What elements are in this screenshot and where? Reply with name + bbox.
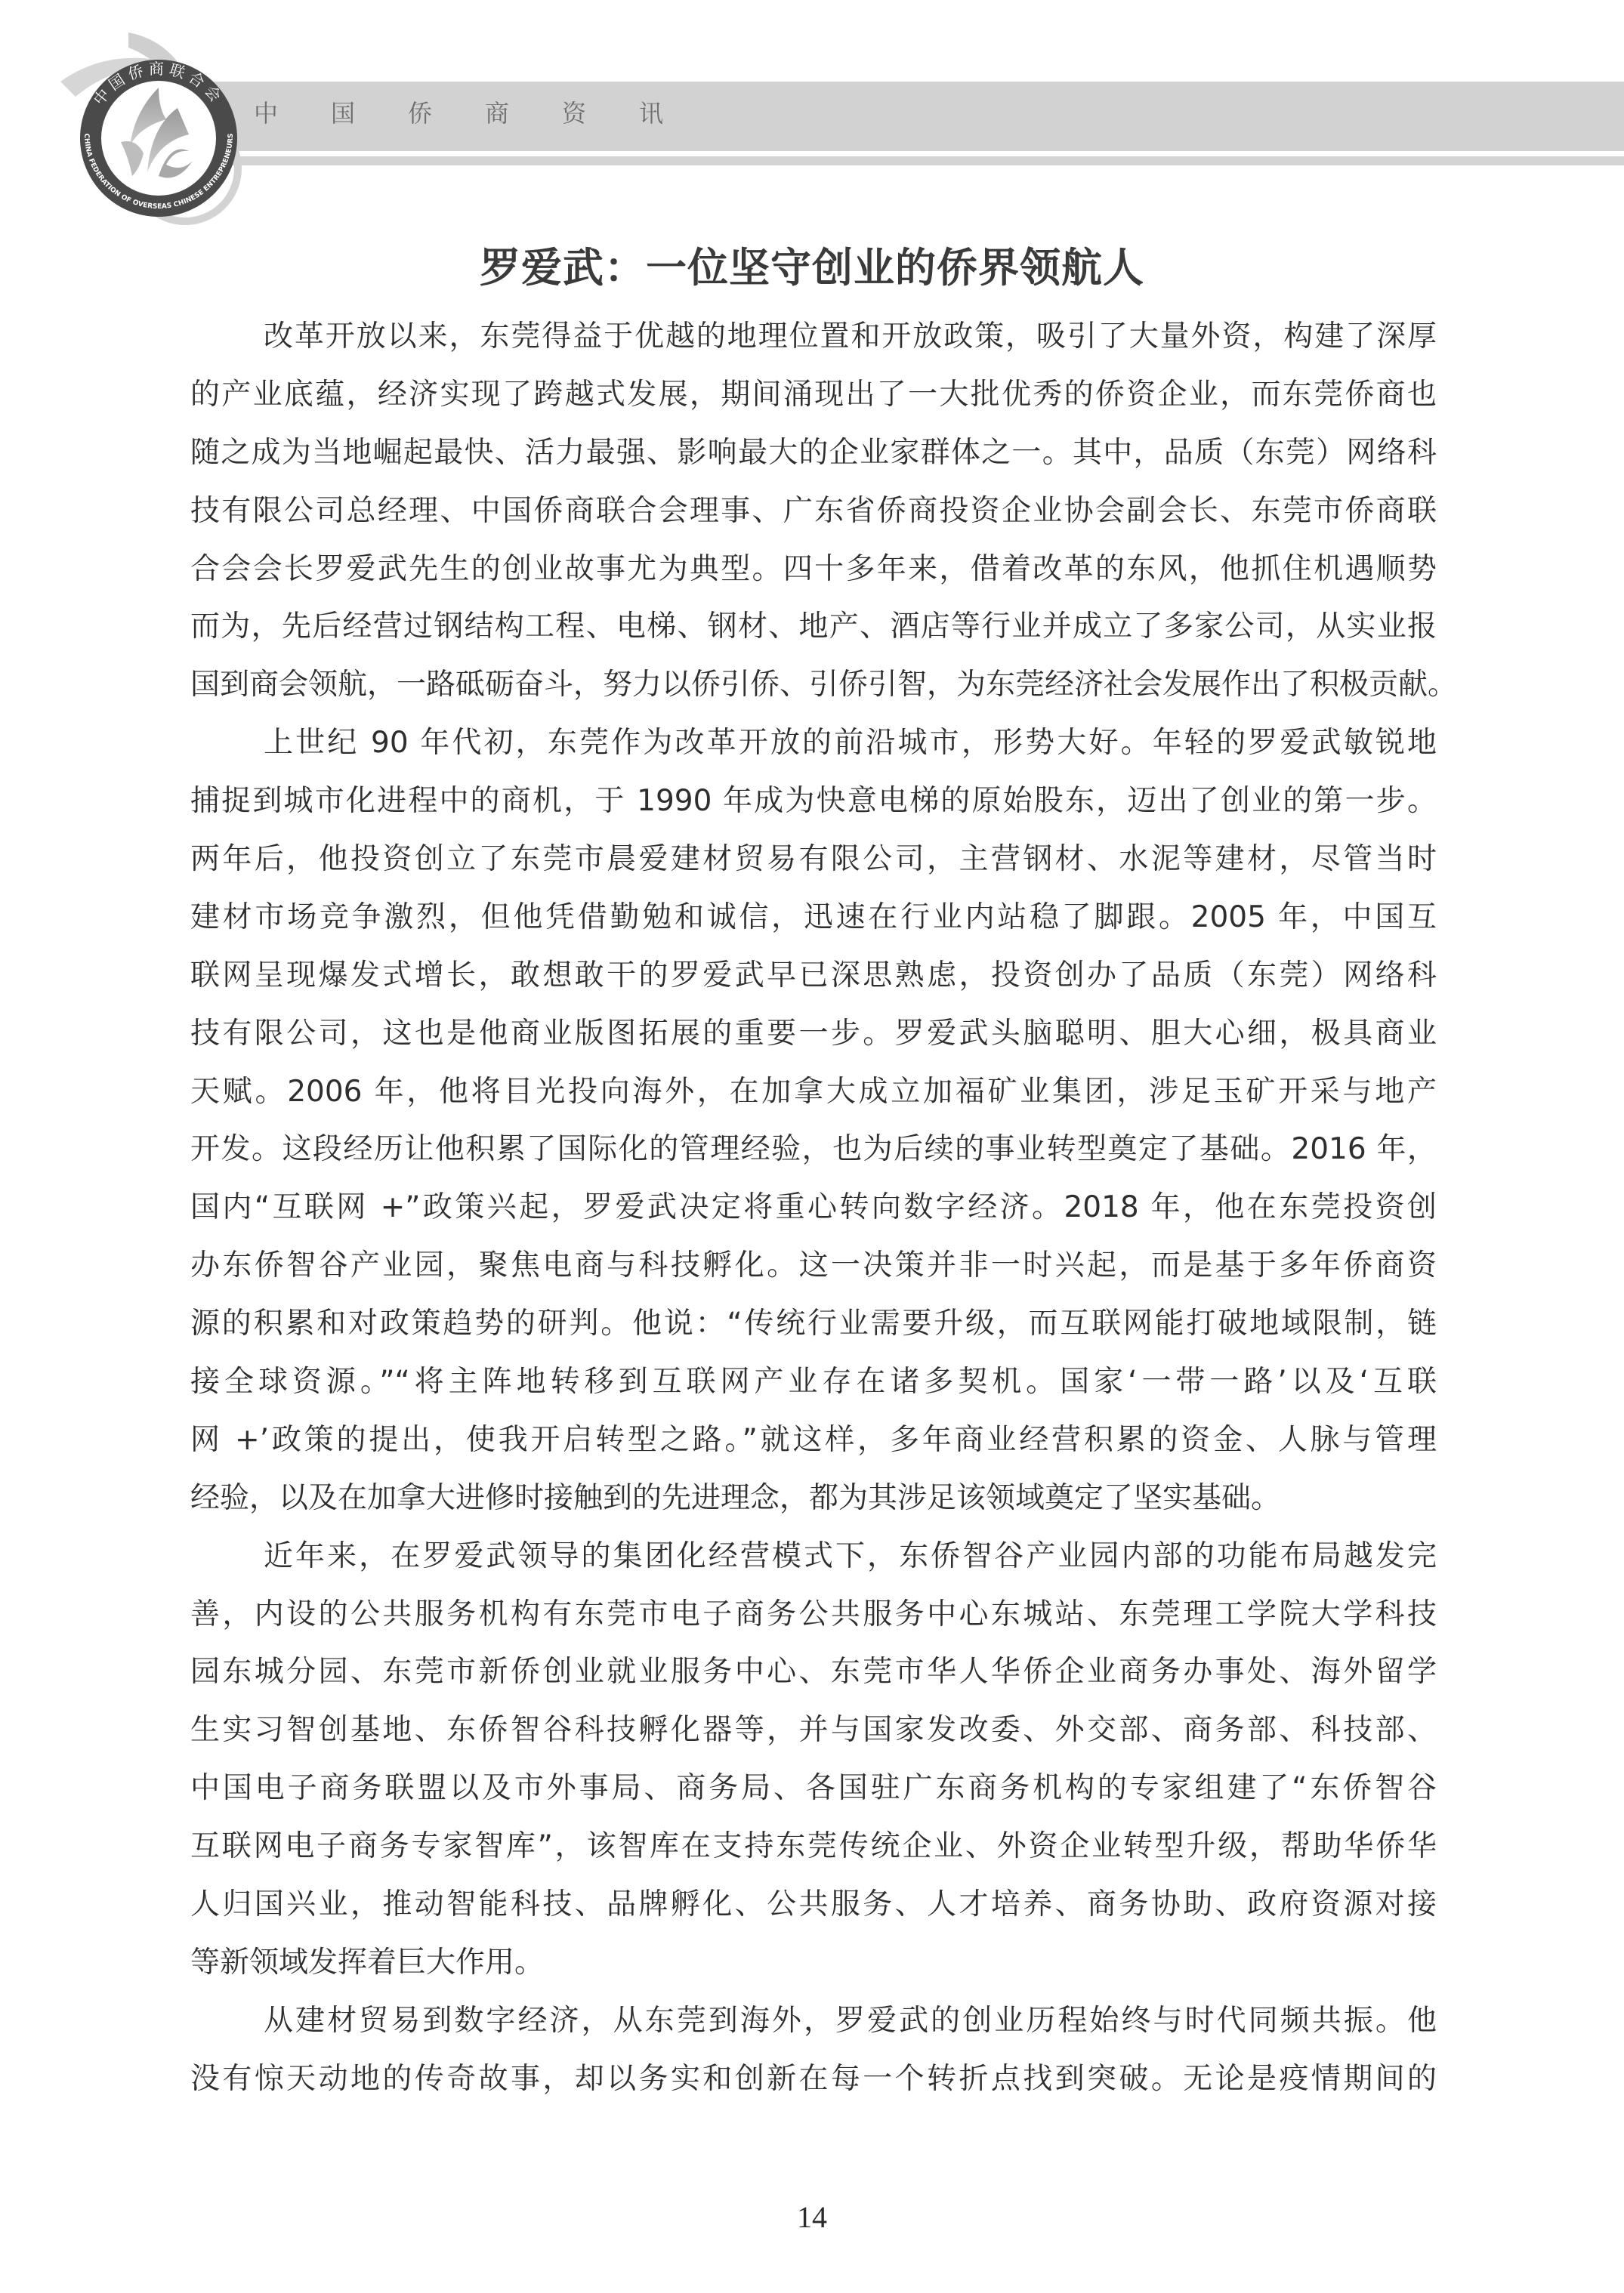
text-line: 接全球资源。”“将主阵地转移到互联网产业存在诸多契机。国家‘一带一路’以及‘互联 [190, 1363, 1437, 1421]
text-line: 合会会长罗爱武先生的创业故事尤为典型。四十多年来，借着改革的东风，他抓住机遇顺势 [190, 550, 1437, 608]
text-line: 而为，先后经营过钢结构工程、电梯、钢材、地产、酒店等行业并成立了多家公司，从实业… [190, 607, 1437, 665]
text-line: 天赋。2006 年，他将目光投向海外，在加拿大成立加福矿业集团，涉足玉矿开采与地… [190, 1072, 1437, 1131]
publication-name: 中国侨商资讯 [254, 89, 716, 134]
text-line: 开发。这段经历让他积累了国际化的管理经验，也为后续的事业转型奠定了基础。2016… [190, 1130, 1437, 1188]
text-line: 两年后，他投资创立了东莞市晨爱建材贸易有限公司，主营钢材、水泥等建材，尽管当时 [190, 840, 1437, 898]
text-line: 园东城分园、东莞市新侨创业就业服务中心、东莞市华人华侨企业商务办事处、海外留学 [190, 1653, 1437, 1711]
text-line: 从建材贸易到数字经济，从东莞到海外，罗爱武的创业历程始终与时代同频共振。他 [190, 2001, 1437, 2060]
text-line: 互联网电子商务专家智库”，该智库在支持东莞传统企业、外资企业转型升级，帮助华侨华 [190, 1827, 1437, 1885]
text-line: 国内“互联网 +”政策兴起，罗爱武决定将重心转向数字经济。2018 年，他在东莞… [190, 1188, 1437, 1246]
page-number: 14 [0, 2199, 1624, 2235]
text-line: 联网呈现爆发式增长，敢想敢干的罗爱武早已深思熟虑，投资创办了品质（东莞）网络科 [190, 956, 1437, 1014]
text-line: 改革开放以来，东莞得益于优越的地理位置和开放政策，吸引了大量外资，构建了深厚 [190, 317, 1437, 375]
text-line: 人归国兴业，推动智能科技、品牌孵化、公共服务、人才培养、商务协助、政府资源对接 [190, 1885, 1437, 1943]
header-stripe [219, 156, 1624, 165]
text-line: 技有限公司，这也是他商业版图拓展的重要一步。罗爱武头脑聪明、胆大心细，极具商业 [190, 1014, 1437, 1072]
text-line: 生实习智创基地、东侨智谷科技孵化器等，并与国家发改委、外交部、商务部、科技部、 [190, 1711, 1437, 1769]
federation-emblem-icon: 中国侨商联合会 CHINA FEDERATION OF OVERSEAS CHI… [45, 14, 272, 240]
text-line: 建材市场竞争激烈，但他凭借勤勉和诚信，迅速在行业内站稳了脚跟。2005 年，中国… [190, 898, 1437, 956]
text-line: 中国电子商务联盟以及市外事局、商务局、各国驻广东商务机构的专家组建了“东侨智谷 [190, 1769, 1437, 1827]
text-line: 国到商会领航，一路砥砺奋斗，努力以侨引侨、引侨引智，为东莞经济社会发展作出了积极… [190, 665, 1437, 724]
text-line: 捕捉到城市化进程中的商机，于 1990 年成为快意电梯的原始股东，迈出了创业的第… [190, 782, 1437, 840]
text-line: 没有惊天动地的传奇故事，却以务实和创新在每一个转折点找到突破。无论是疫情期间的 [190, 2060, 1437, 2118]
article-body: 改革开放以来，东莞得益于优越的地理位置和开放政策，吸引了大量外资，构建了深厚 的… [190, 317, 1437, 2118]
text-line: 技有限公司总经理、中国侨商联合会理事、广东省侨商投资企业协会副会长、东莞市侨商联 [190, 492, 1437, 550]
text-line: 经验，以及在加拿大进修时接触到的先进理念，都为其涉足该领域奠定了坚实基础。 [190, 1479, 1437, 1537]
text-line: 近年来，在罗爱武领导的集团化经营模式下，东侨智谷产业园内部的功能布局越发完 [190, 1537, 1437, 1595]
text-line: 网 +’政策的提出，使我开启转型之路。”就这样，多年商业经营积累的资金、人脉与管… [190, 1421, 1437, 1479]
text-line: 的产业底蕴，经济实现了跨越式发展，期间涌现出了一大批优秀的侨资企业，而东莞侨商也 [190, 375, 1437, 434]
text-line: 等新领域发挥着巨大作用。 [190, 1943, 1437, 2001]
text-line: 源的积累和对政策趋势的研判。他说：“传统行业需要升级，而互联网能打破地域限制，链 [190, 1304, 1437, 1363]
text-line: 办东侨智谷产业园，聚焦电商与科技孵化。这一决策并非一时兴起，而是基于多年侨商资 [190, 1246, 1437, 1304]
text-line: 上世纪 90 年代初，东莞作为改革开放的前沿城市，形势大好。年轻的罗爱武敏锐地 [190, 724, 1437, 782]
text-line: 随之成为当地崛起最快、活力最强、影响最大的企业家群体之一。其中，品质（东莞）网络… [190, 434, 1437, 492]
text-line: 善，内设的公共服务机构有东莞市电子商务公共服务中心东城站、东莞理工学院大学科技 [190, 1595, 1437, 1653]
article-title: 罗爱武：一位坚守创业的侨界领航人 [0, 236, 1624, 294]
